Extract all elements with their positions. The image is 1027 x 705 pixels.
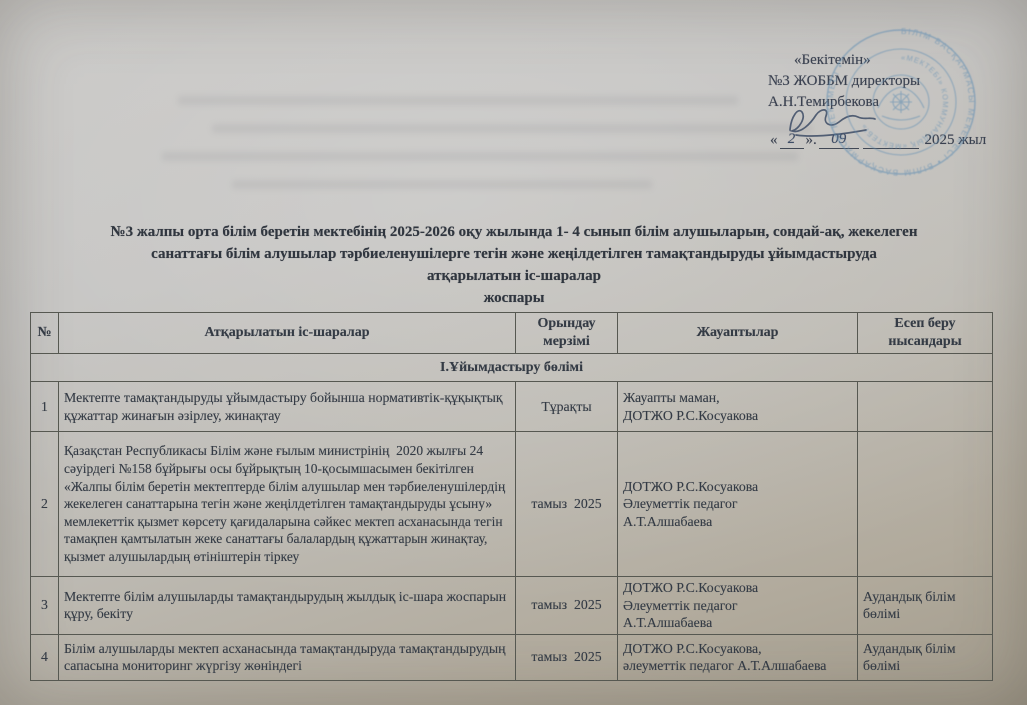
term-cell: тамыз 2025 bbox=[516, 577, 618, 635]
term-cell: тамыз 2025 bbox=[516, 432, 618, 577]
date-blank-line bbox=[863, 131, 919, 149]
title-line: атқарылатын іс-шаралар bbox=[38, 265, 990, 287]
date-month: 09 bbox=[819, 131, 859, 149]
table-row: 2 Қазақстан Республикасы Білім және ғылы… bbox=[31, 432, 993, 577]
header-activities: Атқарылатын іс-шаралар bbox=[59, 313, 516, 354]
approval-label: «Бекітемін» bbox=[768, 50, 998, 71]
action-plan-table: № Атқарылатын іс-шаралар Орындау мерзімі… bbox=[30, 312, 993, 681]
report-cell bbox=[858, 382, 993, 432]
table-header-row: № Атқарылатын іс-шаралар Орындау мерзімі… bbox=[31, 313, 993, 354]
table-row: 3 Мектепте білім алушыларды тамақтандыру… bbox=[31, 577, 993, 635]
scanned-document-page: «Бекітемін» №3 ЖОББМ директоры А.Н.Темир… bbox=[0, 0, 1027, 705]
responsible-cell: ДОТЖО Р.С.Косуакова Әлеуметтік педагог А… bbox=[618, 432, 858, 577]
report-cell: Аудандық білім бөлімі bbox=[858, 634, 993, 680]
date-year: 2025 жыл bbox=[925, 132, 987, 148]
task-cell: Мектепте тамақтандыруды ұйымдастыру бойы… bbox=[59, 382, 516, 432]
title-line: санаттағы білім алушылар тәрбиеленушілер… bbox=[38, 243, 990, 265]
header-report-form: Есеп беру нысандары bbox=[858, 313, 993, 354]
title-line: жоспары bbox=[38, 287, 990, 309]
section-row: І.Ұйымдастыру бөлімі bbox=[31, 354, 993, 382]
responsible-cell: Жауапты маман, ДОТЖО Р.С.Косуакова bbox=[618, 382, 858, 432]
report-cell: Аудандық білім бөлімі bbox=[858, 577, 993, 635]
responsible-cell: ДОТЖО Р.С.Косуакова Әлеуметтік педагог А… bbox=[618, 577, 858, 635]
header-number: № bbox=[31, 313, 59, 354]
date-open-quote: « bbox=[770, 132, 778, 148]
document-title: №3 жалпы орта білім беретін мектебінің 2… bbox=[38, 221, 990, 309]
bleed-through-mark bbox=[232, 180, 652, 189]
header-responsible: Жауаптылар bbox=[618, 313, 858, 354]
task-cell: Мектепте білім алушыларды тамақтандыруды… bbox=[59, 577, 516, 635]
bleed-through-mark bbox=[178, 96, 738, 105]
responsible-cell: ДОТЖО Р.С.Косуакова, әлеуметтік педагог … bbox=[618, 634, 858, 680]
term-cell: тамыз 2025 bbox=[516, 634, 618, 680]
row-number-cell: 3 bbox=[31, 577, 59, 635]
director-title: №3 ЖОББМ директоры bbox=[768, 71, 998, 92]
row-number-cell: 2 bbox=[31, 432, 59, 577]
date-close-quote: ». bbox=[806, 132, 817, 148]
section-title: І.Ұйымдастыру бөлімі bbox=[31, 354, 993, 382]
approval-date-line: «2».09 2025 жыл bbox=[770, 131, 995, 149]
date-day: 2 bbox=[780, 131, 804, 149]
bleed-through-mark bbox=[162, 152, 798, 161]
bleed-through-mark bbox=[212, 124, 812, 133]
task-cell: Қазақстан Республикасы Білім және ғылым … bbox=[59, 432, 516, 577]
title-line: №3 жалпы орта білім беретін мектебінің 2… bbox=[38, 221, 990, 243]
table-row: 1 Мектепте тамақтандыруды ұйымдастыру бо… bbox=[31, 382, 993, 432]
row-number-cell: 4 bbox=[31, 634, 59, 680]
header-term: Орындау мерзімі bbox=[516, 313, 618, 354]
term-cell: Тұрақты bbox=[516, 382, 618, 432]
report-cell bbox=[858, 432, 993, 577]
table-row: 4 Білім алушыларды мектеп асханасында та… bbox=[31, 634, 993, 680]
row-number-cell: 1 bbox=[31, 382, 59, 432]
task-cell: Білім алушыларды мектеп асханасында тама… bbox=[59, 634, 516, 680]
